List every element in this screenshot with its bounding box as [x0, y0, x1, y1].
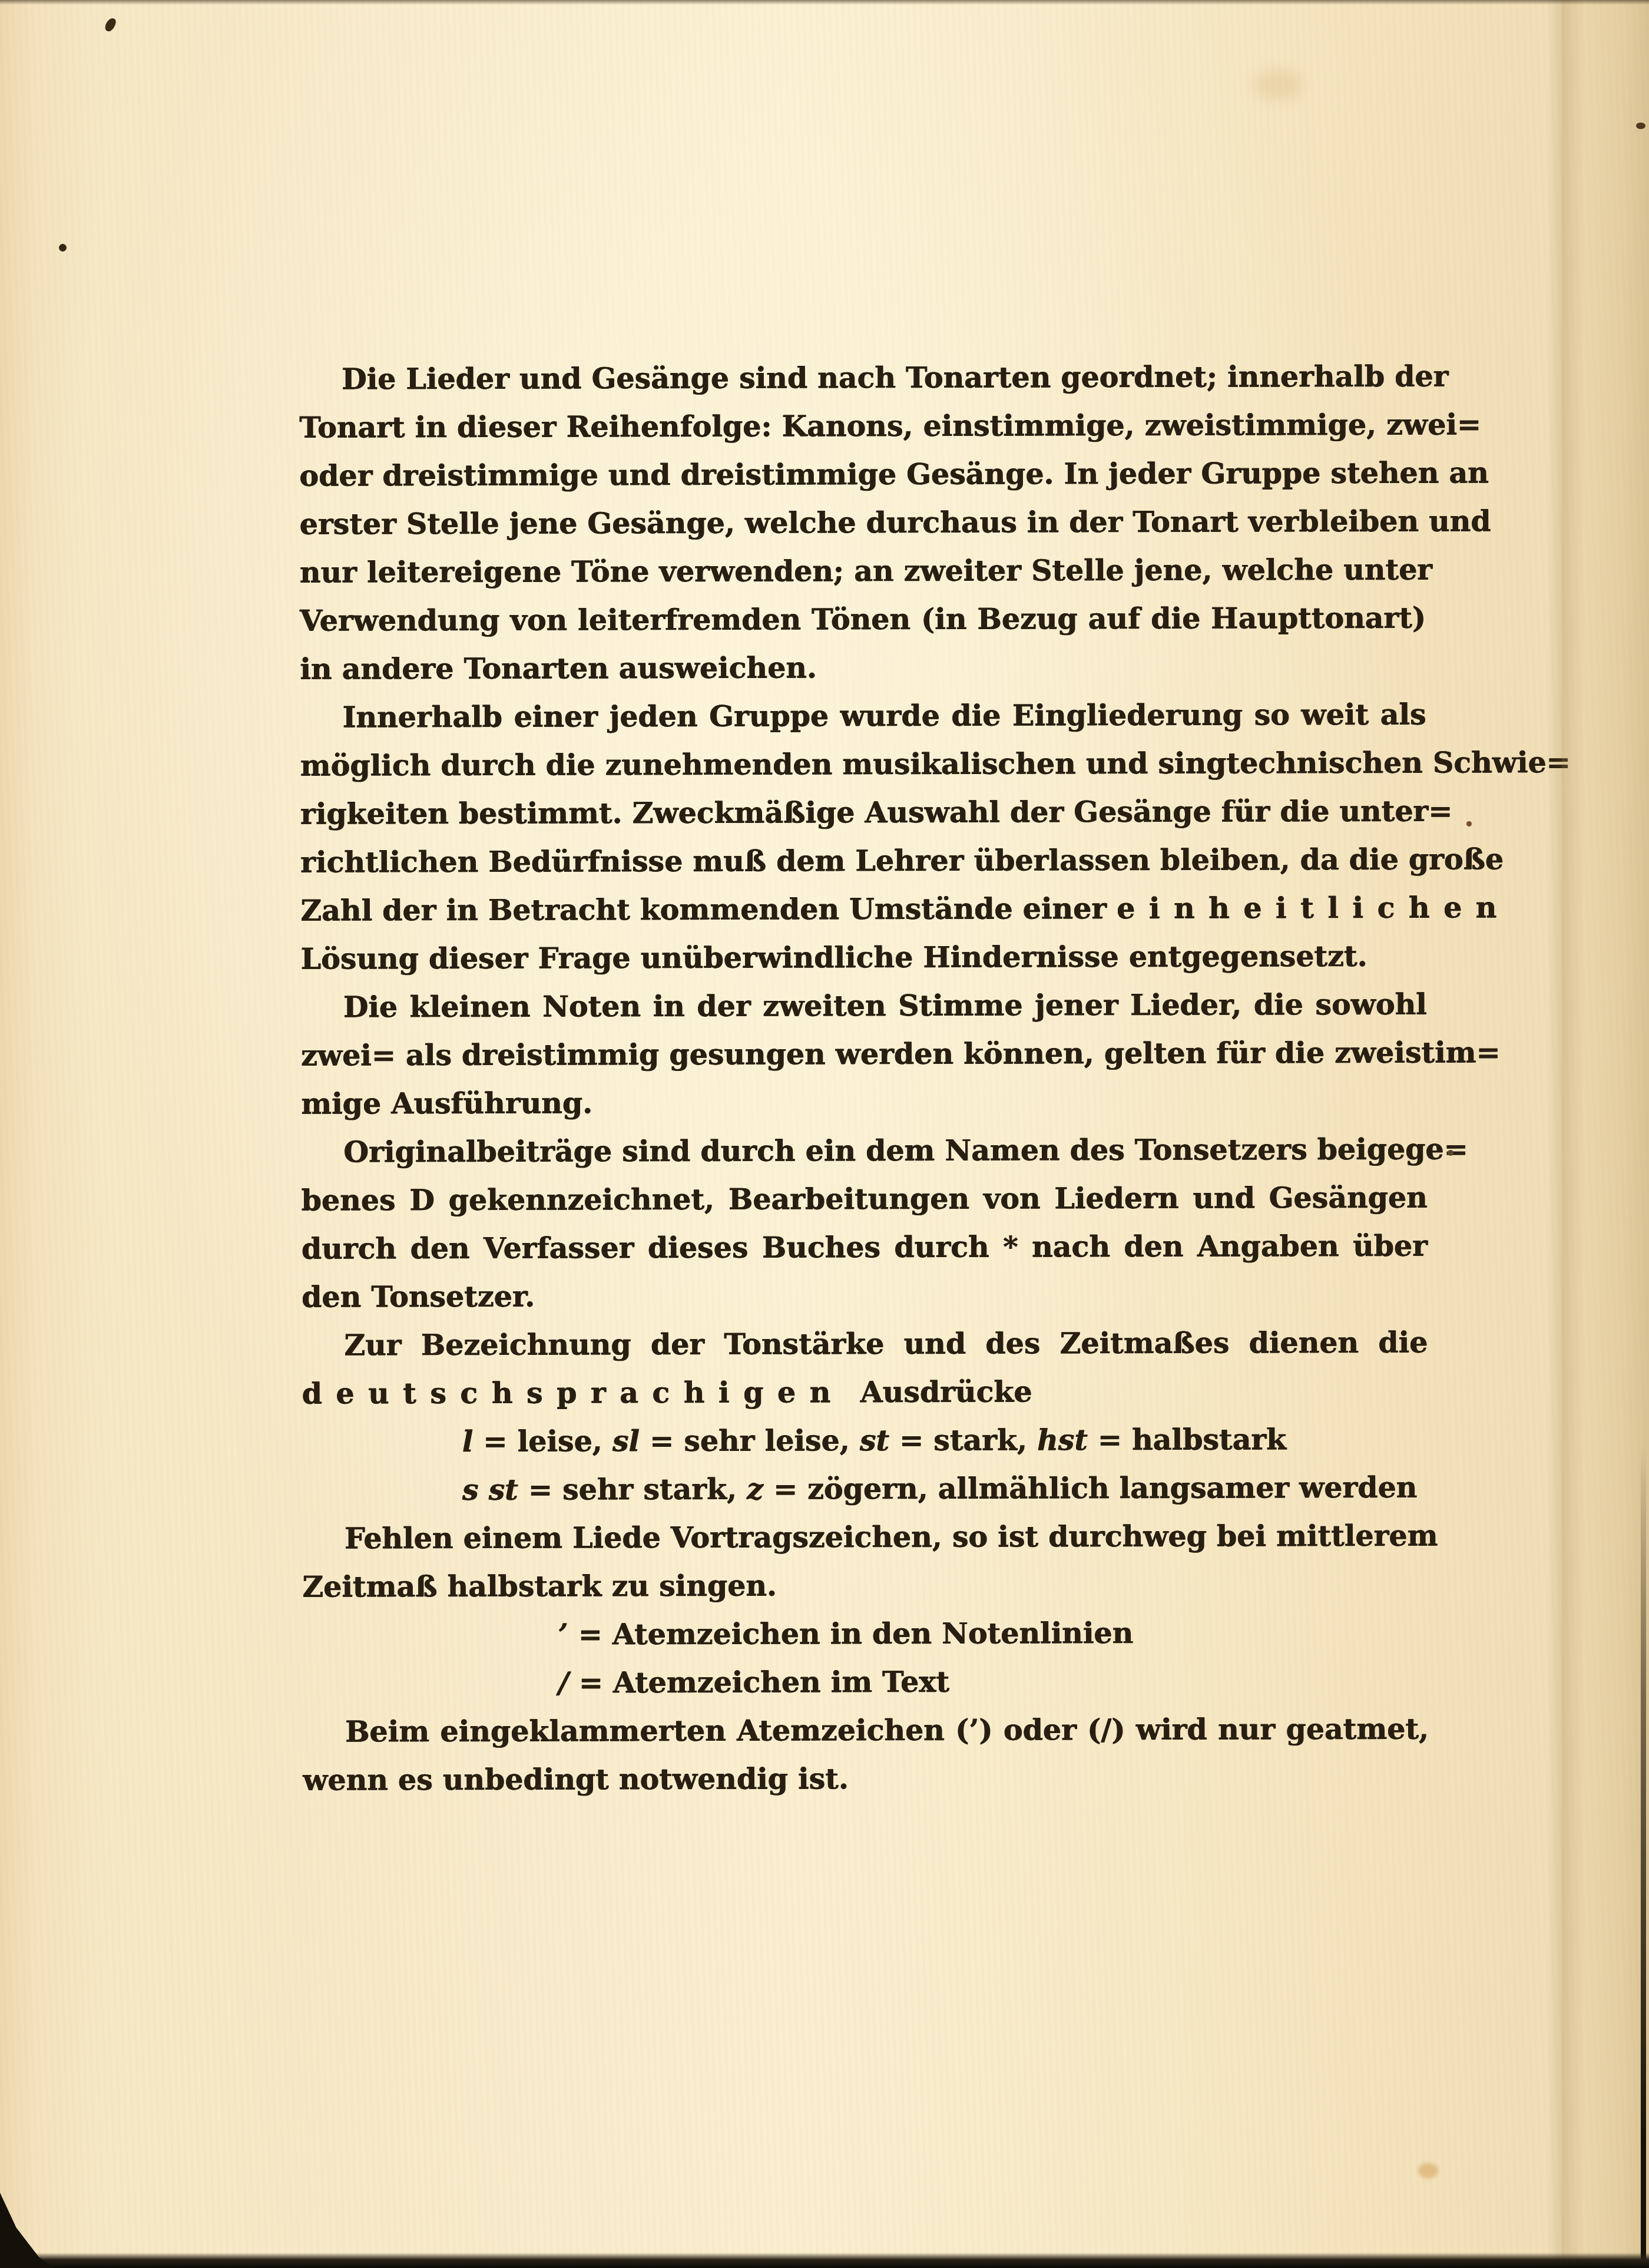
dynamic-symbol: s st — [462, 1473, 518, 1507]
letterspaced-word: deutschsprachigen — [302, 1375, 844, 1410]
line-text: möglich durch die zunehmenden musikalisc… — [300, 745, 1571, 783]
text-line: richtlichen Bedürfnisse muß dem Lehrer ü… — [300, 835, 1426, 886]
text-line: Zahl der in Betracht kommenden Umstände … — [300, 883, 1426, 934]
line-text: Ausdrücke — [860, 1374, 1032, 1409]
text-line: wenn es unbedingt notwendig ist. — [303, 1753, 1429, 1804]
breath-mark-symbol: / — [558, 1665, 569, 1700]
line-text: zwei= als dreistimmig gesungen werden kö… — [301, 1035, 1501, 1072]
line-text: nur leitereigene Töne verwenden; an zwei… — [300, 552, 1432, 589]
dynamic-symbol: hst — [1037, 1423, 1088, 1457]
text-line: Fehlen einem Liede Vortragszeichen, so i… — [302, 1511, 1428, 1562]
ink-speck — [59, 244, 67, 252]
line-text: Originalbeiträge sind durch ein dem Name… — [343, 1132, 1468, 1169]
letterspaced-word: einheitlichen — [1117, 890, 1511, 925]
scanned-book-page: Die Lieder und Gesänge sind nach Tonarte… — [0, 0, 1649, 2268]
line-text: erster Stelle jene Gesänge, welche durch… — [299, 504, 1491, 541]
text-line: benes D gekennzeichnet, Bearbeitungen vo… — [301, 1173, 1427, 1224]
ink-speck — [1448, 1150, 1453, 1156]
line-text: mige Ausführung. — [301, 1086, 592, 1120]
text-line: deutschsprachigenAusdrücke — [302, 1366, 1428, 1417]
line-text: rigkeiten bestimmt. Zweckmäßige Auswahl … — [300, 794, 1453, 831]
line-text: = sehr stark, — [518, 1472, 747, 1507]
line-text: benes D gekennzeichnet, Bearbeitungen vo… — [301, 1180, 1427, 1217]
line-text: richtlichen Bedürfnisse muß dem Lehrer ü… — [300, 842, 1504, 879]
line-text: Beim eingeklammerten Atemzeichen (’) ode… — [345, 1711, 1429, 1748]
line-text: in andere Tonarten ausweichen. — [300, 650, 817, 686]
line-text: Die Lieder und Gesänge sind nach Tonarte… — [342, 359, 1449, 396]
text-line: zwei= als dreistimmig gesungen werden kö… — [301, 1028, 1427, 1079]
paper-stain — [1254, 70, 1303, 100]
text-block: Die Lieder und Gesänge sind nach Tonarte… — [299, 352, 1429, 1804]
dynamic-symbol: l — [462, 1424, 473, 1459]
line-text: = leise, — [473, 1424, 612, 1459]
text-line: Lösung dieser Frage unüberwindliche Hind… — [300, 931, 1426, 983]
text-line: rigkeiten bestimmt. Zweckmäßige Auswahl … — [300, 786, 1426, 838]
text-line: oder dreistimmige und dreistimmige Gesän… — [299, 449, 1425, 500]
text-line: Beim eingeklammerten Atemzeichen (’) ode… — [303, 1704, 1429, 1755]
text-line: mige Ausführung. — [301, 1076, 1427, 1128]
line-text: Verwendung von leiterfremden Tönen (in B… — [300, 601, 1426, 638]
text-line: in andere Tonarten ausweichen. — [300, 642, 1426, 693]
dynamic-symbol: sl — [612, 1424, 640, 1458]
text-line: Zur Bezeichnung der Tonstärke und des Ze… — [302, 1318, 1428, 1369]
breath-mark-legend-line: ’ = Atemzeichen in den Notenlinien — [302, 1608, 1428, 1659]
line-text: = zögern, allmählich langsamer werden — [763, 1470, 1418, 1506]
ink-speck — [1636, 123, 1645, 129]
dynamics-legend-line: l = leise, sl = sehr leise, st = stark, … — [302, 1414, 1428, 1466]
text-line: möglich durch die zunehmenden musikalisc… — [300, 738, 1426, 789]
line-text: den Tonsetzer. — [302, 1279, 535, 1314]
breath-mark-symbol: ’ — [558, 1617, 568, 1651]
line-text: Fehlen einem Liede Vortragszeichen, so i… — [345, 1518, 1438, 1555]
dynamic-symbol: st — [860, 1423, 889, 1457]
text-line: Die kleinen Noten in der zweiten Stimme … — [301, 980, 1427, 1031]
page-edge-dark-line — [1641, 1443, 1646, 2268]
dynamic-symbol: z — [747, 1472, 763, 1506]
line-text: = stark, — [889, 1423, 1037, 1457]
ink-speck — [1466, 821, 1472, 826]
line-text: = Atemzeichen im Text — [569, 1665, 949, 1700]
line-text: Lösung dieser Frage unüberwindliche Hind… — [300, 939, 1367, 976]
text-line: Innerhalb einer jeden Gruppe wurde die E… — [300, 690, 1426, 741]
line-text: Tonart in dieser Reihenfolge: Kanons, ei… — [299, 407, 1481, 444]
dynamics-legend-line: s st = sehr stark, z = zögern, allmählic… — [302, 1463, 1428, 1514]
scan-top-border — [0, 0, 1649, 5]
line-text: Zahl der in Betracht kommenden Umstände … — [300, 891, 1117, 928]
text-line: nur leitereigene Töne verwenden; an zwei… — [300, 545, 1426, 597]
text-line: Tonart in dieser Reihenfolge: Kanons, ei… — [299, 401, 1425, 452]
text-line: Originalbeiträge sind durch ein dem Name… — [301, 1125, 1427, 1176]
text-line: durch den Verfasser dieses Buches durch … — [302, 1221, 1428, 1272]
text-line: den Tonsetzer. — [302, 1269, 1428, 1321]
line-text: wenn es unbedingt notwendig ist. — [303, 1761, 849, 1797]
line-text: oder dreistimmige und dreistimmige Gesän… — [299, 455, 1488, 492]
line-text: = Atemzeichen in den Notenlinien — [568, 1616, 1133, 1652]
ink-speck — [104, 16, 117, 33]
line-text: = sehr leise, — [640, 1423, 860, 1458]
text-line: Verwendung von leiterfremden Tönen (in B… — [300, 594, 1426, 645]
line-text: Zur Bezeichnung der Tonstärke und des Ze… — [344, 1325, 1428, 1362]
text-line: Zeitmaß halbstark zu singen. — [302, 1559, 1428, 1611]
line-text: Zeitmaß halbstark zu singen. — [302, 1568, 777, 1604]
line-text: Innerhalb einer jeden Gruppe wurde die E… — [342, 697, 1426, 734]
text-line: erster Stelle jene Gesänge, welche durch… — [299, 497, 1425, 548]
breath-mark-legend-line: / = Atemzeichen im Text — [303, 1656, 1429, 1707]
line-text: durch den Verfasser dieses Buches durch … — [302, 1228, 1428, 1265]
line-text: = halbstark — [1088, 1422, 1286, 1457]
scan-bottom-border — [0, 2253, 1649, 2268]
page-edge-shadow — [1562, 0, 1649, 2268]
line-text: Die kleinen Noten in der zweiten Stimme … — [343, 987, 1427, 1024]
paper-stain — [1418, 2163, 1438, 2178]
text-line: Die Lieder und Gesänge sind nach Tonarte… — [299, 352, 1425, 404]
